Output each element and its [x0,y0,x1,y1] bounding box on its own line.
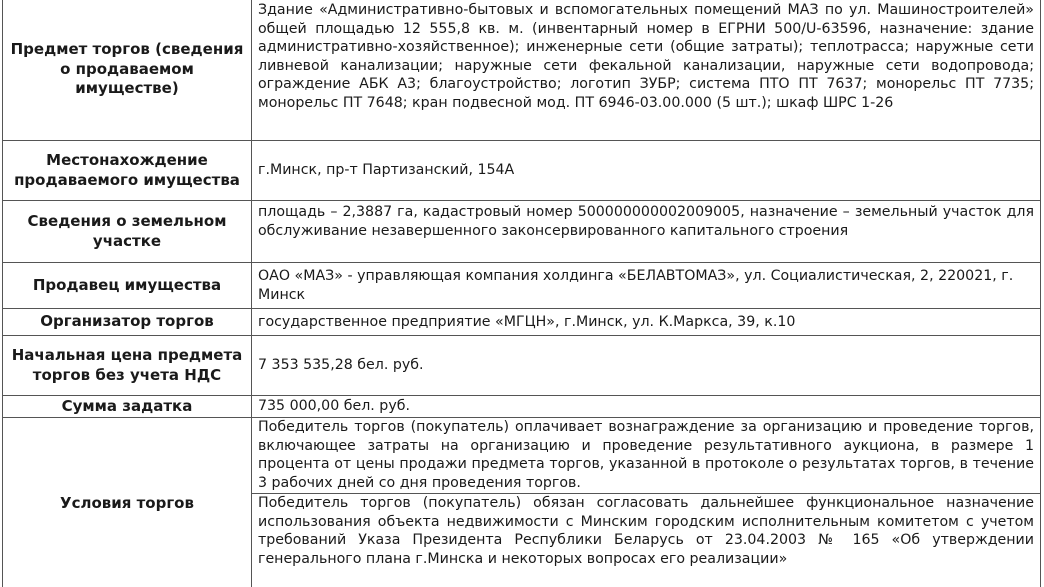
row-label: Организатор торгов [3,309,252,336]
row-label: Условия торгов [3,418,252,587]
row-value: г.Минск, пр-т Партизанский, 154А [252,141,1041,201]
table-row-conditions: Условия торгов Победитель торгов (покупа… [3,418,1041,587]
row-label: Местонахождение продаваемого имущества [3,141,252,201]
row-value: 7 353 535,28 бел. руб. [252,336,1041,396]
table-row-organizer: Организатор торгов государственное предп… [3,309,1041,336]
table-row-subject: Предмет торгов (сведения о продаваемом и… [3,0,1041,141]
row-value: площадь – 2,3887 га, кадастровый номер 5… [252,201,1041,263]
table-row-seller: Продавец имущества ОАО «МАЗ» - управляющ… [3,263,1041,309]
row-value: Здание «Административно-бытовых и вспомо… [252,0,1041,141]
row-value: 735 000,00 бел. руб. [252,396,1041,418]
auction-info-table: Предмет торгов (сведения о продаваемом и… [2,0,1041,587]
row-value: ОАО «МАЗ» - управляющая компания холдинг… [252,263,1041,309]
row-value: государственное предприятие «МГЦН», г.Ми… [252,309,1041,336]
row-label: Сведения о земельном участке [3,201,252,263]
table-row-starting-price: Начальная цена предмета торгов без учета… [3,336,1041,396]
condition-item: Победитель торгов (покупатель) оплачивае… [252,418,1040,493]
row-label: Продавец имущества [3,263,252,309]
table-row-land-plot: Сведения о земельном участке площадь – 2… [3,201,1041,263]
conditions-cell: Победитель торгов (покупатель) оплачивае… [252,418,1041,587]
row-label: Сумма задатка [3,396,252,418]
row-label: Предмет торгов (сведения о продаваемом и… [3,0,252,141]
row-label: Начальная цена предмета торгов без учета… [3,336,252,396]
condition-item: Победитель торгов (покупатель) обязан со… [252,493,1040,587]
table-row-location: Местонахождение продаваемого имущества г… [3,141,1041,201]
auction-info-document: Предмет торгов (сведения о продаваемом и… [2,0,1041,587]
table-row-deposit: Сумма задатка 735 000,00 бел. руб. [3,396,1041,418]
